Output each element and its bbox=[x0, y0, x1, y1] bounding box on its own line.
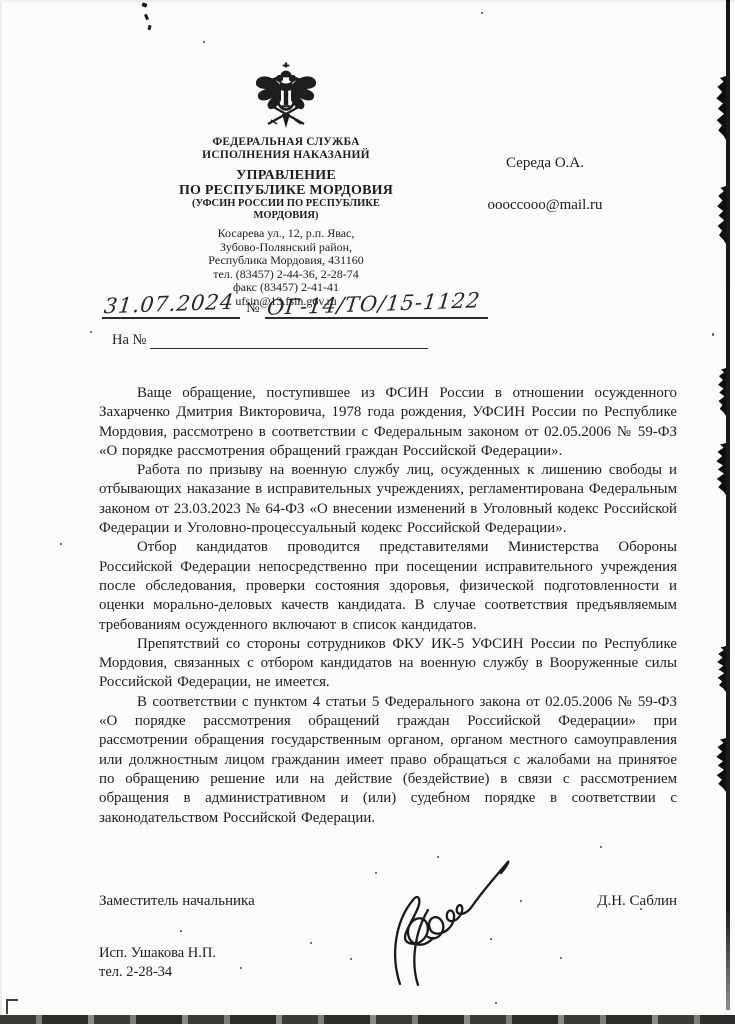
scanned-letter-page: ФЕДЕРАЛЬНАЯ СЛУЖБА ИСПОЛНЕНИЯ НАКАЗАНИЙ … bbox=[0, 0, 735, 1024]
incoming-reference-line: На № bbox=[112, 332, 428, 349]
fsin-emblem bbox=[128, 62, 444, 136]
scan-speck bbox=[147, 25, 151, 31]
scan-speck bbox=[350, 958, 352, 960]
signature-scribble bbox=[366, 840, 518, 988]
body-paragraph-5: В соответствии с пунктом 4 статьи 5 Феде… bbox=[99, 693, 677, 828]
incoming-number-blank bbox=[150, 332, 428, 349]
incoming-number-label: На № bbox=[112, 332, 150, 349]
scan-speck bbox=[310, 942, 312, 944]
addressee-block: Середа О.А. oooccooo@mail.ru bbox=[452, 155, 638, 214]
scan-edge-right bbox=[726, 0, 730, 1010]
scan-noise-blob bbox=[717, 368, 726, 416]
body-paragraph-1: Ваще обращение, поступившее из ФСИН Росс… bbox=[99, 384, 677, 461]
signer-name: Д.Н. Саблин bbox=[597, 893, 677, 910]
letterhead-org-line1: ФЕДЕРАЛЬНАЯ СЛУЖБА bbox=[128, 136, 444, 149]
addressee-email: oooccooo@mail.ru bbox=[452, 197, 638, 214]
scan-speck bbox=[141, 2, 147, 7]
letterhead-phone: тел. (83457) 2-44-36, 2-28-74 bbox=[128, 268, 444, 282]
scan-speck bbox=[600, 846, 602, 848]
scan-speck bbox=[712, 333, 714, 336]
letterhead-org-line2: ИСПОЛНЕНИЯ НАКАЗАНИЙ bbox=[128, 149, 444, 162]
handwritten-date: 31.07.2024 bbox=[103, 290, 236, 319]
letterhead-address-line1: Косарева ул., 12, р.п. Явас, bbox=[128, 227, 444, 241]
scan-edge-bottom bbox=[0, 1015, 735, 1024]
letterhead-address-line2: Зубово-Полянский район, bbox=[128, 241, 444, 255]
number-sign-label: № bbox=[240, 301, 264, 319]
executor-block: Исп. Ушакова Н.П. тел. 2-28-34 bbox=[99, 944, 216, 982]
scan-speck bbox=[495, 1002, 497, 1004]
outgoing-number-field: ОГ-14/ТО/15-1122 bbox=[265, 292, 489, 319]
scan-edge-top bbox=[0, 0, 735, 2]
scan-noise-blob bbox=[716, 186, 726, 244]
scan-speck bbox=[60, 543, 62, 545]
scan-speck bbox=[240, 967, 242, 969]
letterhead: ФЕДЕРАЛЬНАЯ СЛУЖБА ИСПОЛНЕНИЯ НАКАЗАНИЙ … bbox=[128, 62, 444, 308]
letterhead-dept-line1: УПРАВЛЕНИЕ bbox=[128, 168, 444, 183]
letterhead-dept-line4: МОРДОВИЯ) bbox=[128, 210, 444, 222]
body-paragraph-2: Работа по призыву на военную службу лиц,… bbox=[99, 461, 677, 538]
body-paragraph-3: Отбор кандидатов проводится представител… bbox=[99, 538, 677, 634]
scan-noise-blob bbox=[715, 76, 726, 140]
scan-edge-left bbox=[0, 0, 2, 1024]
letterhead-dept-line2: ПО РЕСПУБЛИКЕ МОРДОВИЯ bbox=[128, 183, 444, 198]
handwritten-number: ОГ-14/ТО/15-1122 bbox=[265, 288, 481, 320]
scan-noise-blob bbox=[715, 443, 726, 495]
scan-speck bbox=[90, 331, 92, 333]
letterhead-dept-line3: (УФСИН РОССИИ ПО РЕСПУБЛИКЕ bbox=[128, 198, 444, 210]
letter-body: Ваще обращение, поступившее из ФСИН Росс… bbox=[99, 384, 677, 828]
outgoing-date-field: 31.07.2024 bbox=[102, 292, 240, 319]
body-paragraph-4: Препятствий со стороны сотрудников ФКУ И… bbox=[99, 635, 677, 693]
addressee-name: Середа О.А. bbox=[452, 155, 638, 172]
executor-name: Исп. Ушакова Н.П. bbox=[99, 944, 216, 963]
executor-phone: тел. 2-28-34 bbox=[99, 963, 216, 982]
scan-speck bbox=[144, 14, 149, 21]
scan-speck bbox=[560, 957, 562, 959]
scan-speck bbox=[203, 41, 205, 43]
scan-speck bbox=[180, 930, 182, 932]
scan-noise-blob bbox=[716, 646, 726, 692]
scan-noise-blob bbox=[715, 738, 726, 792]
reference-line: 31.07.2024 № ОГ-14/ТО/15-1122 bbox=[102, 292, 488, 319]
letterhead-address-line3: Республика Мордовия, 431160 bbox=[128, 254, 444, 268]
scan-corner-mark bbox=[6, 999, 18, 1014]
signer-position: Заместитель начальника bbox=[99, 893, 255, 910]
scan-speck bbox=[481, 12, 483, 14]
